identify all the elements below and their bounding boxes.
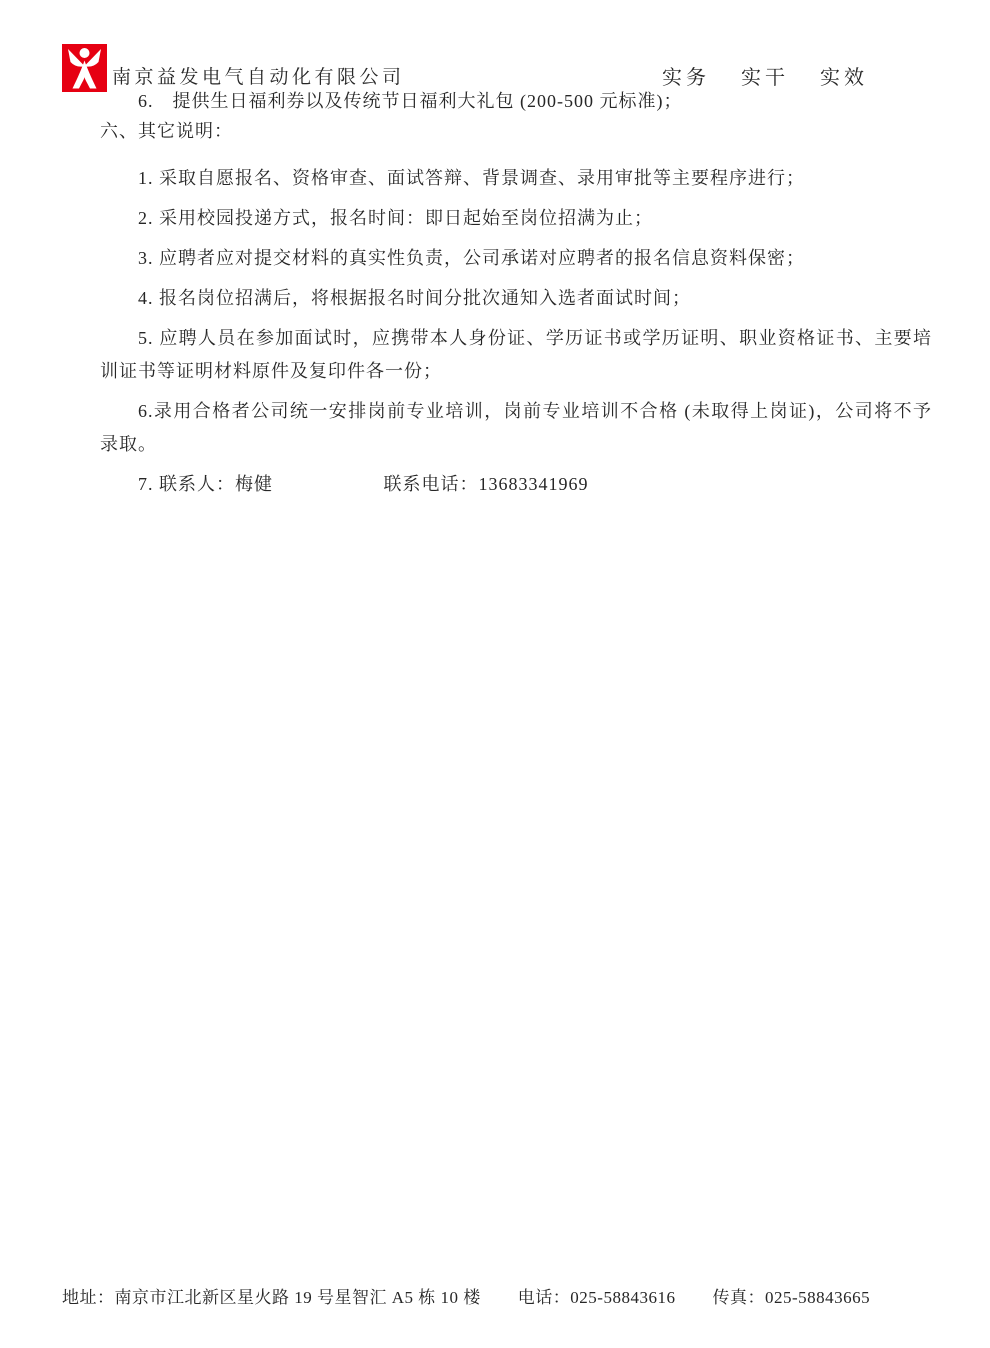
list-item-1: 1. 采取自愿报名、资格审查、面试答辩、背景调查、录用审批等主要程序进行； — [100, 162, 932, 195]
benefit-item-line: 6. 提供生日福利券以及传统节日福利大礼包 (200-500 元标准)； — [100, 86, 932, 116]
footer-address: 地址：南京市江北新区星火路 19 号星智汇 A5 栋 10 楼 — [62, 1283, 481, 1308]
company-name: 南京益发电气自动化有限公司 — [112, 62, 405, 89]
list-item-3: 3. 应聘者应对提交材料的真实性负责，公司承诺对应聘者的报名信息资料保密； — [100, 242, 932, 275]
company-logo — [62, 44, 107, 92]
footer-phone: 电话：025-58843616 — [518, 1283, 676, 1308]
list-item-5: 5. 应聘人员在参加面试时，应携带本人身份证、学历证书或学历证明、职业资格证书、… — [100, 322, 932, 388]
contact-person: 7. 联系人：梅健 — [138, 474, 273, 494]
contact-line: 7. 联系人：梅健 联系电话：13683341969 — [100, 468, 932, 501]
footer-fax: 传真：025-58843665 — [712, 1283, 870, 1308]
list-item-6: 6.录用合格者公司统一安排岗前专业培训，岗前专业培训不合格 (未取得上岗证)，公… — [100, 395, 932, 461]
document-body: 6. 提供生日福利券以及传统节日福利大礼包 (200-500 元标准)； 六、其… — [100, 86, 932, 508]
company-logo-icon — [62, 44, 107, 92]
list-item-2: 2. 采用校园投递方式，报名时间：即日起始至岗位招满为止； — [100, 202, 932, 235]
document-page: 南京益发电气自动化有限公司 实务 实干 实效 6. 提供生日福利券以及传统节日福… — [0, 0, 990, 1348]
list-item-4: 4. 报名岗位招满后，将根据报名时间分批次通知入选者面试时间； — [100, 282, 932, 315]
contact-phone: 联系电话：13683341969 — [384, 474, 589, 494]
page-footer: 地址：南京市江北新区星火路 19 号星智汇 A5 栋 10 楼 电话：025-5… — [62, 1283, 870, 1308]
section-heading: 六、其它说明： — [100, 116, 932, 146]
